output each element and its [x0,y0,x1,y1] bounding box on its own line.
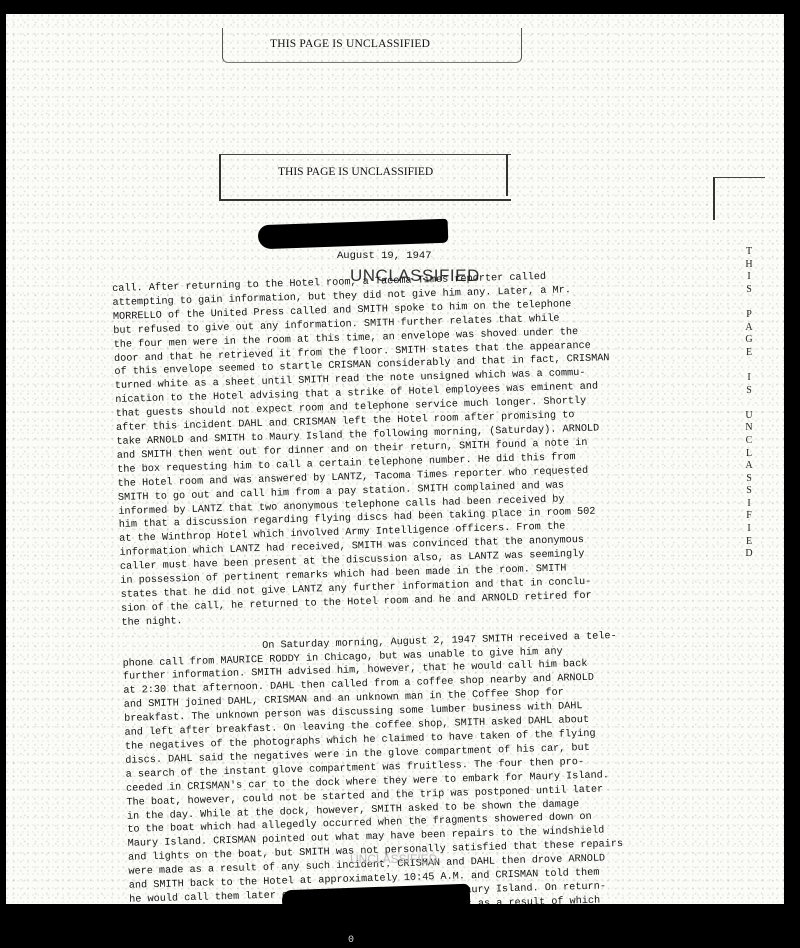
stamp-letter: E [743,347,755,360]
stamp-letter: I [743,372,755,385]
header-stamp: THIS PAGE IS UNCLASSIFIED [270,38,430,50]
stamp-letter: D [743,548,755,561]
document-date: August 19, 1947 [337,250,432,262]
scan-bottom-edge: 0 [0,904,800,948]
footer-mark: 0 [348,935,354,946]
stamp-letter: A [743,322,755,335]
stamp-gap [743,397,755,410]
stamp-letter: F [743,510,755,523]
stamp-letter: P [743,309,755,322]
stamp-letter: S [743,473,755,486]
stamp-letter: E [743,536,755,549]
stamp-letter: S [743,485,755,498]
stamp-letter: T [743,246,755,259]
paragraph: call. After returning to the Hotel room,… [112,268,642,630]
stamp-letter: I [743,271,755,284]
stamp-letter: I [743,523,755,536]
boxed-stamp-border-right [506,154,508,196]
stamp-letter: N [743,422,755,435]
stamp-letter: C [743,435,755,448]
stamp-letter: L [743,448,755,461]
stamp-letter: H [743,259,755,272]
stamp-letter: S [743,385,755,398]
scan-edge [784,14,800,904]
stamp-gap [743,296,755,309]
stamp-letter: I [743,498,755,511]
boxed-stamp: THIS PAGE IS UNCLASSIFIED [278,166,433,178]
stamp-letter: U [743,410,755,423]
document-body: call. After returning to the Hotel room,… [112,268,650,935]
stamp-letter: S [743,284,755,297]
footer-overstamp: UNCLASSIFIED [350,852,437,866]
stamp-letter: A [743,460,755,473]
vertical-unclassified-stamp: THISPAGEISUNCLASSIFIED [743,246,755,561]
stamp-gap [743,359,755,372]
stamp-letter: G [743,334,755,347]
corner-bracket-mark [713,177,765,220]
